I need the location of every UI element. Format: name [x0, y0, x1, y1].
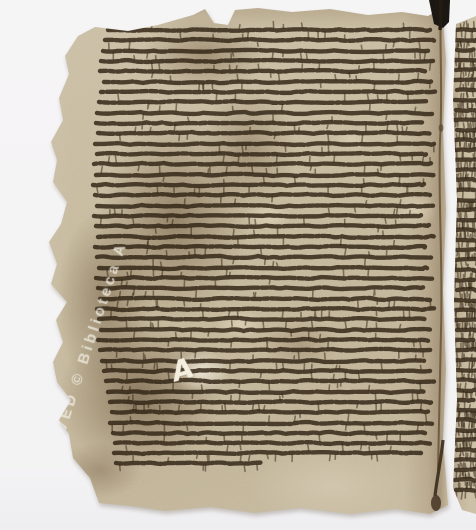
- white-paint-mark: A: [170, 352, 194, 389]
- manuscript-left-page: SERVED © Biblioteca A A: [0, 0, 476, 530]
- handwritten-text-block: [0, 0, 476, 530]
- manuscript-photo: SERVED © Biblioteca A A: [0, 0, 476, 530]
- left-leaf-wrapper: SERVED © Biblioteca A A: [0, 0, 476, 530]
